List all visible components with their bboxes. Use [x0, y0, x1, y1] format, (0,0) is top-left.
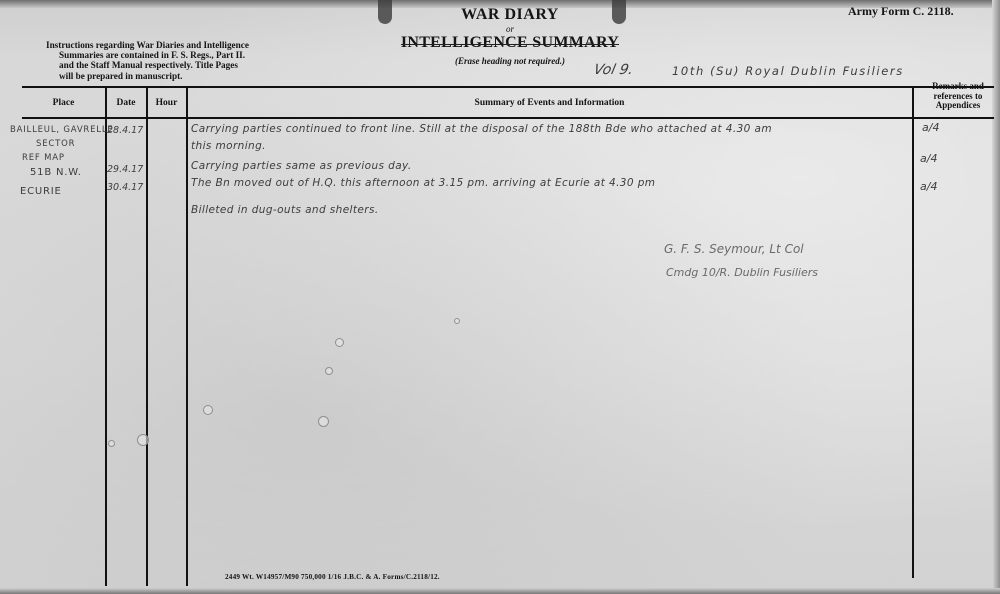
title-block: WAR DIARY or INTELLIGENCE SUMMARY (Erase… — [380, 6, 640, 66]
paper-spot — [137, 434, 149, 446]
page-subtitle-struck: INTELLIGENCE SUMMARY — [401, 34, 619, 52]
signature-line: Cmdg 10/R. Dublin Fusiliers — [666, 266, 818, 279]
column-divider — [186, 88, 188, 586]
date-entry: 29.4.17 — [107, 164, 143, 175]
print-footer: 2449 Wt. W14957/M90 750,000 1/16 J.B.C. … — [225, 573, 440, 581]
remark-entry: a/4 — [920, 152, 937, 165]
place-entry: Ecurie — [20, 186, 62, 197]
signature-line: G. F. S. Seymour, Lt Col — [664, 242, 804, 256]
date-entry: 30.4.17 — [107, 182, 143, 193]
paper-spot — [108, 440, 115, 447]
table-header-rule — [22, 117, 994, 119]
paper-spot — [203, 405, 213, 415]
summary-line: Carrying parties continued to front line… — [191, 123, 772, 135]
war-diary-page: Instructions regarding War Diaries and I… — [0, 0, 1000, 594]
instructions-line: Summaries are contained in F. S. Regs., … — [46, 50, 286, 60]
column-header-place: Place — [22, 90, 105, 116]
column-divider — [146, 88, 148, 586]
summary-line: Carrying parties same as previous day. — [191, 160, 412, 172]
place-entry: Bailleul, Gavrelle — [10, 125, 114, 135]
column-header-summary: Summary of Events and Information — [187, 90, 912, 116]
instructions-text: Instructions regarding War Diaries and I… — [46, 40, 286, 81]
paper-spot — [335, 338, 344, 347]
place-entry: Sector — [36, 139, 75, 149]
unit-name-handwritten: 10th (Su) Royal Dublin Fusiliers — [672, 64, 904, 78]
paper-spot — [454, 318, 460, 324]
page-title: WAR DIARY — [380, 6, 640, 24]
paper-edge-bottom — [0, 588, 1000, 594]
summary-line: Billeted in dug-outs and shelters. — [191, 204, 379, 216]
summary-line: The Bn moved out of H.Q. this afternoon … — [191, 177, 655, 189]
column-header-remarks: Remarks and references to Appendices — [921, 82, 995, 111]
instructions-line: and the Staff Manual respectively. Title… — [46, 60, 286, 70]
volume-handwritten: Vol 9. — [592, 62, 634, 78]
place-entry: Ref Map — [22, 153, 65, 163]
table-top-rule — [22, 86, 994, 88]
date-entry: 28.4.17 — [107, 125, 143, 136]
remark-entry: a/4 — [922, 121, 939, 134]
summary-line: this morning. — [191, 140, 266, 152]
paper-spot — [325, 367, 333, 375]
column-header-hour: Hour — [147, 90, 186, 116]
column-divider — [912, 88, 914, 578]
army-form-number: Army Form C. 2118. — [848, 4, 954, 19]
title-or: or — [380, 24, 640, 34]
instructions-line: will be prepared in manuscript. — [46, 71, 286, 81]
paper-spot — [318, 416, 329, 427]
column-header-date: Date — [106, 90, 146, 116]
place-entry: 51B N.W. — [30, 167, 82, 178]
column-divider — [105, 88, 107, 586]
remark-entry: a/4 — [920, 180, 937, 193]
instructions-line: Instructions regarding War Diaries and I… — [46, 40, 286, 50]
